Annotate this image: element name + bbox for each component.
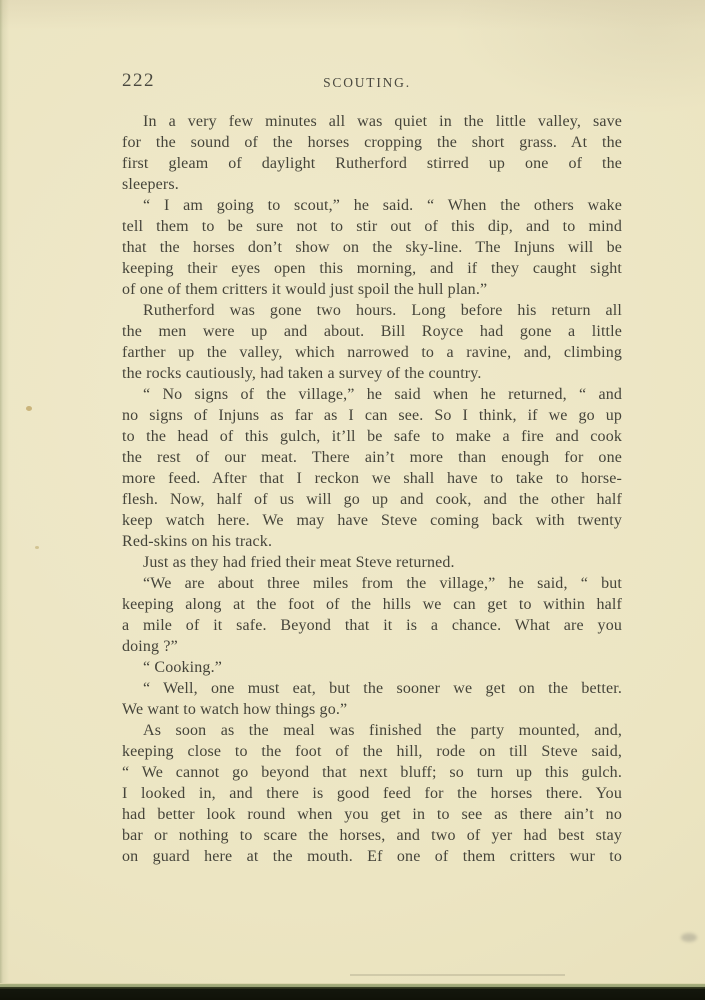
foxing-speck <box>26 406 32 411</box>
text-line: doing ?” <box>122 636 622 657</box>
page-header: 222 SCOUTING. <box>122 70 622 94</box>
text-line: to the head of this gulch, it’ll be safe… <box>122 426 622 447</box>
text-line: more feed. After that I reckon we shall … <box>122 468 622 489</box>
scan-artifact-line <box>350 974 565 976</box>
text-line: Rutherford was gone two hours. Long befo… <box>122 300 622 321</box>
text-line: for the sound of the horses cropping the… <box>122 132 622 153</box>
scan-smudge <box>681 933 697 942</box>
text-line: I looked in, and there is good feed for … <box>122 783 622 804</box>
text-line: sleepers. <box>122 174 622 195</box>
text-line: “ Well, one must eat, but the sooner we … <box>122 678 622 699</box>
text-line: “ Cooking.” <box>122 657 622 678</box>
text-line: “We are about three miles from the villa… <box>122 573 622 594</box>
text-line: farther up the valley, which narrowed to… <box>122 342 622 363</box>
text-line: “ I am going to scout,” he said. “ When … <box>122 195 622 216</box>
text-line: keeping along at the foot of the hills w… <box>122 594 622 615</box>
text-line: keep watch here. We may have Steve comin… <box>122 510 622 531</box>
text-line: keeping close to the foot of the hill, r… <box>122 741 622 762</box>
page-text: In a very few minutes all was quiet in t… <box>122 111 622 867</box>
text-line: the men were up and about. Bill Royce ha… <box>122 321 622 342</box>
text-line: “ We cannot go beyond that next bluff; s… <box>122 762 622 783</box>
text-line: that the horses don’t show on the sky-li… <box>122 237 622 258</box>
text-line: on guard here at the mouth. Ef one of th… <box>122 846 622 867</box>
text-line: the rocks cautiously, had taken a survey… <box>122 363 622 384</box>
text-line: Red-skins on his track. <box>122 531 622 552</box>
text-line: Just as they had fried their meat Steve … <box>122 552 622 573</box>
text-line: the rest of our meat. There ain’t more t… <box>122 447 622 468</box>
text-line: bar or nothing to scare the horses, and … <box>122 825 622 846</box>
text-line: keeping their eyes open this morning, an… <box>122 258 622 279</box>
text-line: We want to watch how things go.” <box>122 699 622 720</box>
text-line: had better look round when you get in to… <box>122 804 622 825</box>
text-line: first gleam of daylight Rutherford stirr… <box>122 153 622 174</box>
book-page-scan: 222 SCOUTING. In a very few minutes all … <box>0 0 705 1000</box>
text-line: “ No signs of the village,” he said when… <box>122 384 622 405</box>
running-header: SCOUTING. <box>122 75 612 91</box>
text-line: no signs of Injuns as far as I can see. … <box>122 405 622 426</box>
text-line: a mile of it safe. Beyond that it is a c… <box>122 615 622 636</box>
book-bottom-edge <box>0 983 705 1000</box>
text-line: of one of them critters it would just sp… <box>122 279 622 300</box>
text-line: tell them to be sure not to stir out of … <box>122 216 622 237</box>
text-line: As soon as the meal was finished the par… <box>122 720 622 741</box>
text-line: flesh. Now, half of us will go up and co… <box>122 489 622 510</box>
foxing-speck <box>35 546 39 549</box>
text-line: In a very few minutes all was quiet in t… <box>122 111 622 132</box>
